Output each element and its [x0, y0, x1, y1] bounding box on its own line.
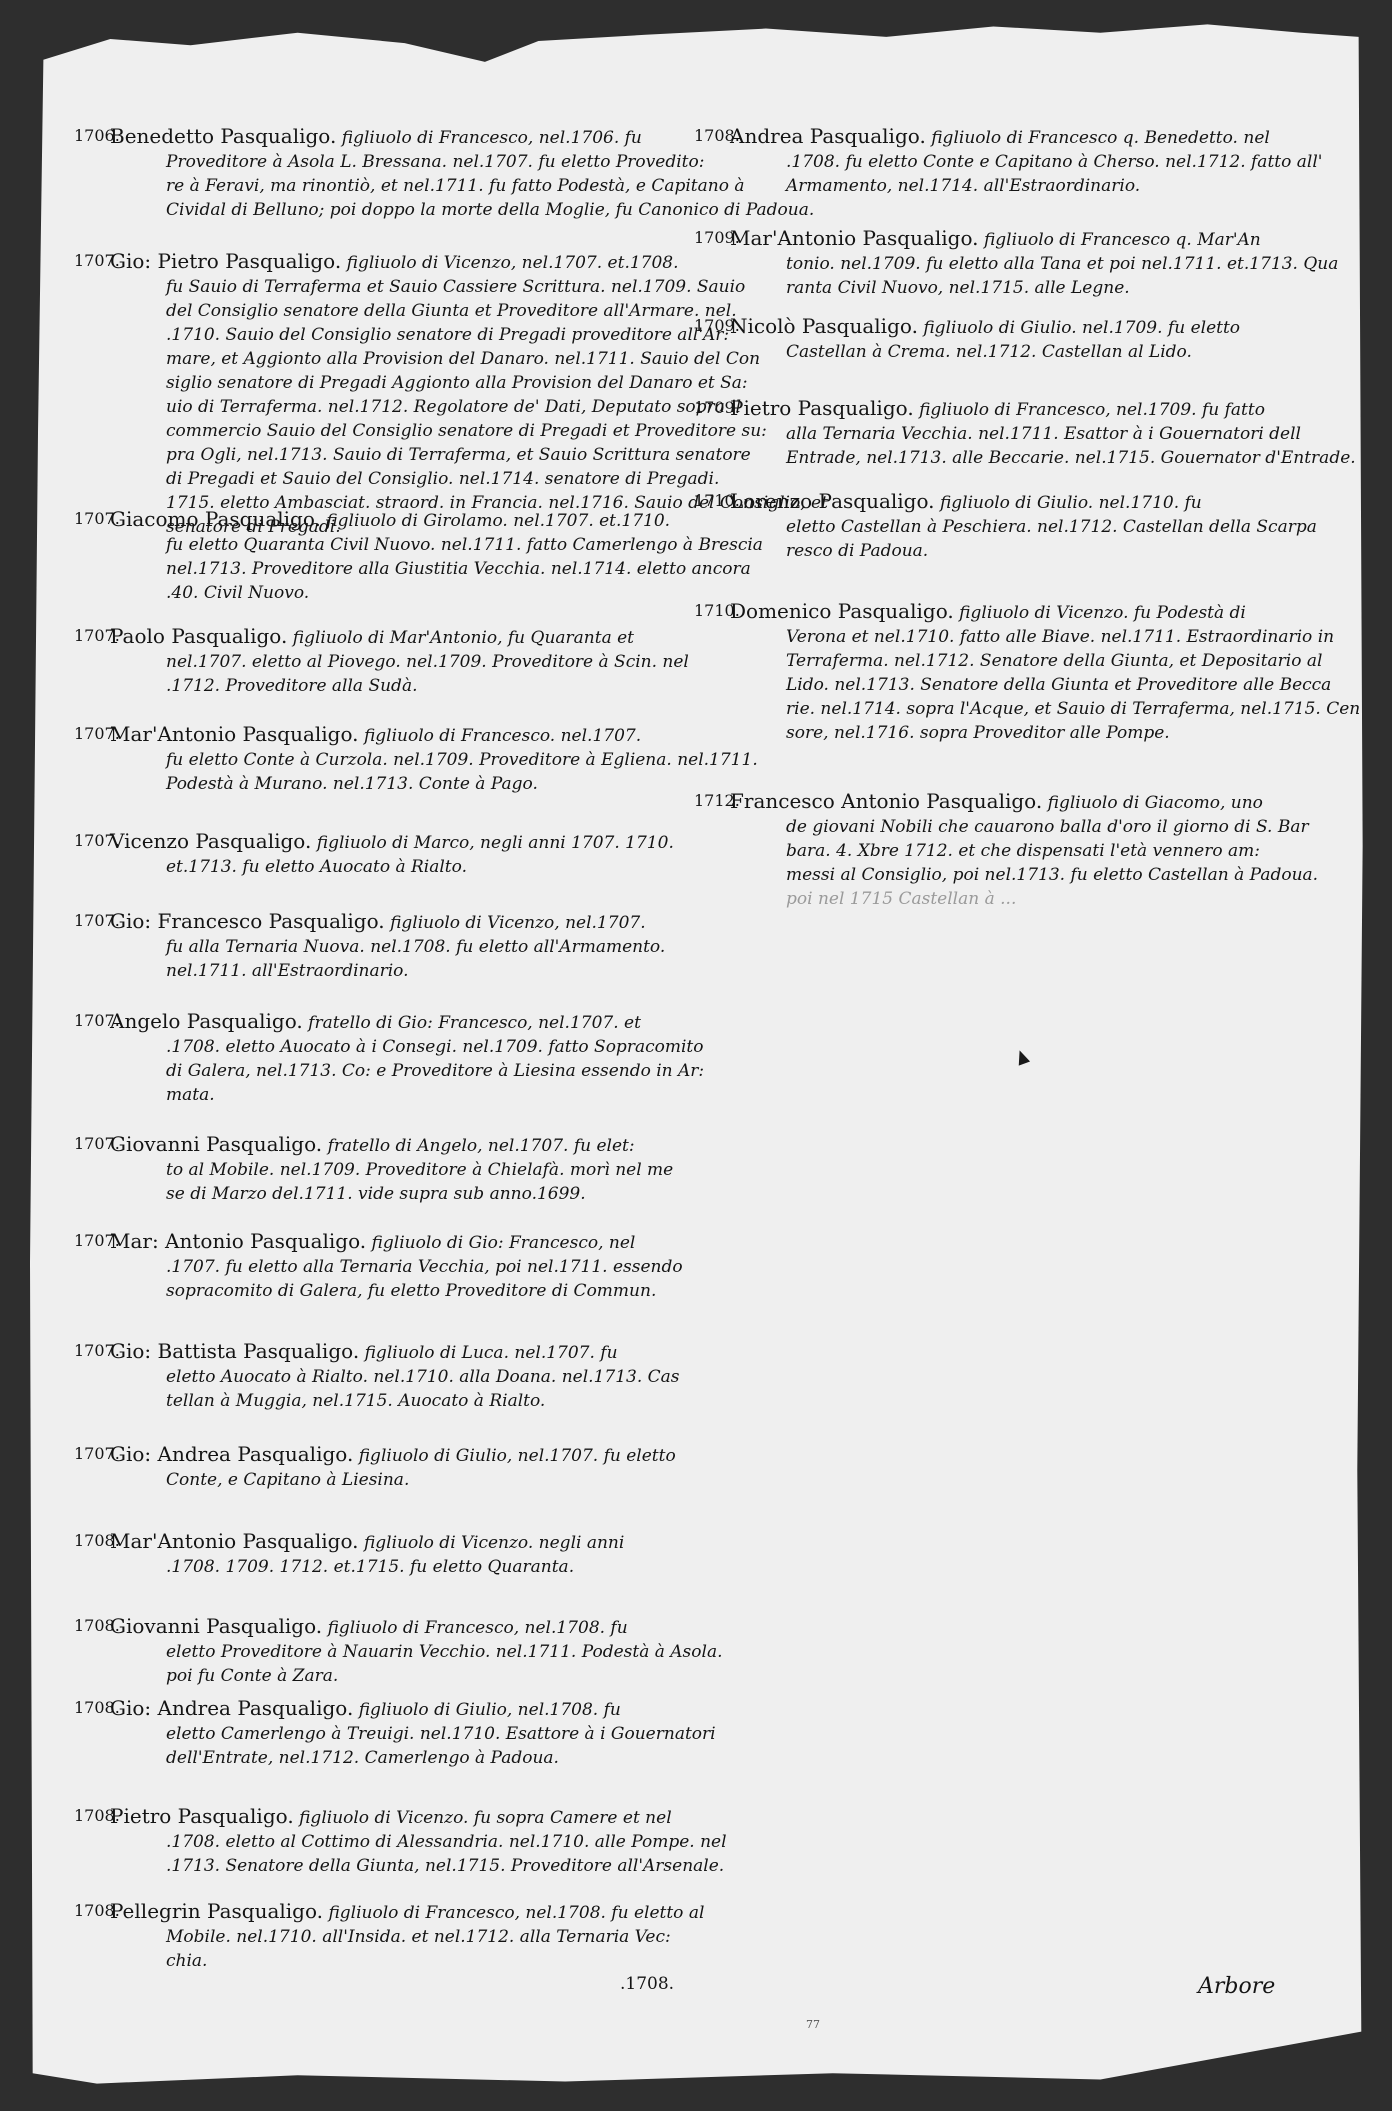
entry: 1707. Giovanni Pasqualigo. fratello di A… [110, 1132, 673, 1206]
entry: 1708. Pietro Pasqualigo. figliuolo di Vi… [110, 1804, 727, 1878]
entry: 1707. Angelo Pasqualigo. fratello di Gio… [110, 1009, 704, 1107]
entry: 1707. Giacomo Pasqualigo. figliuolo di G… [110, 507, 763, 605]
entry: 1708. Mar'Antonio Pasqualigo. figliuolo … [110, 1529, 624, 1579]
entry: 1707. Vicenzo Pasqualigo. figliuolo di M… [110, 829, 674, 879]
catchword: Arbore [1198, 1974, 1275, 1999]
footer-year-mark: .1708. [620, 1974, 674, 1994]
entry: 1708. Giovanni Pasqualigo. figliuolo di … [110, 1614, 723, 1688]
entry-year: 1706. [74, 124, 120, 148]
entry: 1707. Gio: Battista Pasqualigo. figliuol… [110, 1339, 680, 1413]
entry: 1707. Mar: Antonio Pasqualigo. figliuolo… [110, 1229, 683, 1303]
entry: 1709. Mar'Antonio Pasqualigo. figliuolo … [730, 226, 1338, 300]
entry: 1708. Gio: Andrea Pasqualigo. figliuolo … [110, 1696, 716, 1770]
entry: 1712. Francesco Antonio Pasqualigo. figl… [730, 789, 1318, 911]
entry: 1709. Nicolò Pasqualigo. figliuolo di Gi… [730, 314, 1240, 364]
entry: 1707. Gio: Andrea Pasqualigo. figliuolo … [110, 1442, 676, 1492]
entry: 1707. Paolo Pasqualigo. figliuolo di Mar… [110, 624, 689, 698]
entry: 1709. Pietro Pasqualigo. figliuolo di Fr… [730, 396, 1356, 470]
entry-name: Benedetto Pasqualigo. [110, 124, 336, 148]
ink-mark [1014, 1048, 1030, 1065]
entry: 1708. Pellegrin Pasqualigo. figliuolo di… [110, 1899, 704, 1973]
manuscript-page: 1706. Benedetto Pasqualigo. figliuolo di… [30, 14, 1368, 2094]
entry: 1707. Gio: Francesco Pasqualigo. figliuo… [110, 909, 665, 983]
faded-line: poi nel 1715 Castellan à ... [730, 887, 1318, 911]
entry: 1708. Andrea Pasqualigo. figliuolo di Fr… [730, 124, 1322, 198]
entry: 1710. Domenico Pasqualigo. figliuolo di … [730, 599, 1360, 745]
entry: 1710. Lorenzo Pasqualigo. figliuolo di G… [730, 489, 1317, 563]
entry: 1707. Mar'Antonio Pasqualigo. figliuolo … [110, 722, 758, 796]
folio-number: 77 [806, 2018, 820, 2031]
